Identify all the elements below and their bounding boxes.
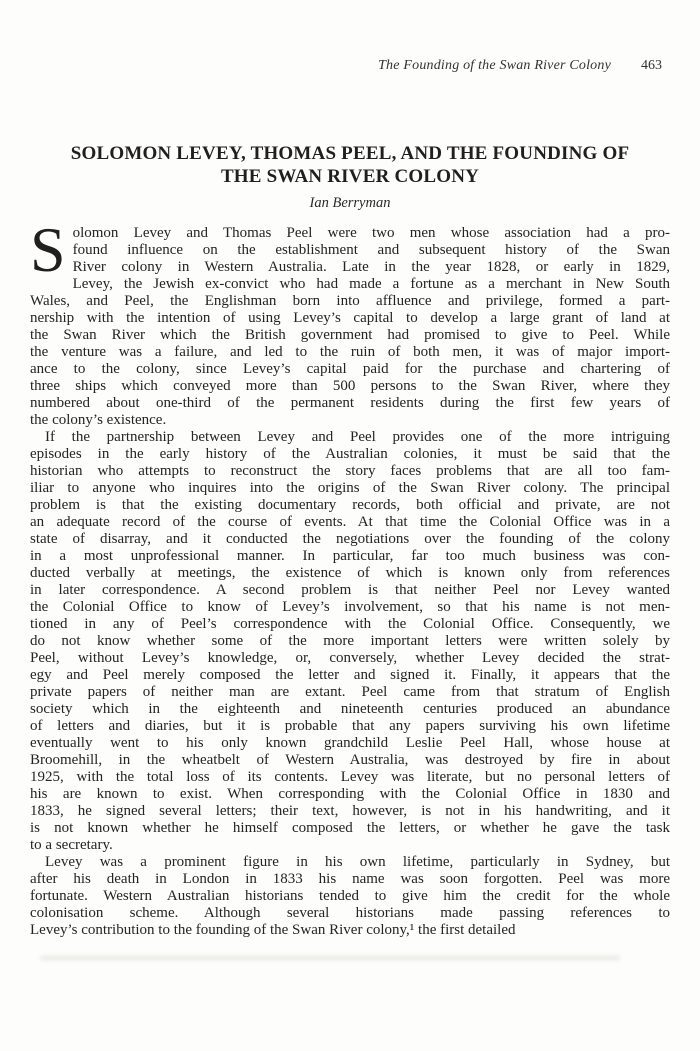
text-line: to a secretary. <box>30 837 670 854</box>
text-line: in later correspondence. A second proble… <box>30 582 670 599</box>
article-body: Solomon Levey and Thomas Peel were two m… <box>30 225 670 939</box>
text-line: fortunate. Western Australian historians… <box>30 888 670 905</box>
text-line: do not know whether some of the more imp… <box>30 633 670 650</box>
text-line: ance to the colony, since Levey’s capita… <box>30 361 670 378</box>
text-line: is not known whether he himself composed… <box>30 820 670 837</box>
text-line: ducted verbally at meetings, the existen… <box>30 565 670 582</box>
text-line: Levey, the Jewish ex-convict who had mad… <box>30 276 670 293</box>
paragraph: Solomon Levey and Thomas Peel were two m… <box>30 225 670 429</box>
text-line: 1925, with the total loss of its content… <box>30 769 670 786</box>
text-line: numbered about one-third of the permanen… <box>30 395 670 412</box>
text-line: episodes in the early history of the Aus… <box>30 446 670 463</box>
paragraph: If the partnership between Levey and Pee… <box>30 429 670 854</box>
page-number: 463 <box>641 58 662 74</box>
text-line: Peel, without Levey’s knowledge, or, con… <box>30 650 670 667</box>
paragraph: Levey was a prominent figure in his own … <box>30 854 670 939</box>
scan-artifact <box>40 956 620 960</box>
text-line: society which in the eighteenth and nine… <box>30 701 670 718</box>
text-line: private papers of neither man are extant… <box>30 684 670 701</box>
article-author: Ian Berryman <box>0 195 700 212</box>
article-title-line1: SOLOMON LEVEY, THOMAS PEEL, AND THE FOUN… <box>30 142 670 165</box>
text-line: of letters and diaries, but it is probab… <box>30 718 670 735</box>
text-line: three ships which conveyed more than 500… <box>30 378 670 395</box>
text-line: state of disarray, and it conducted the … <box>30 531 670 548</box>
text-line: found influence on the establishment and… <box>30 242 670 259</box>
text-line: the Swan River which the British governm… <box>30 327 670 344</box>
page: The Founding of the Swan River Colony 46… <box>0 0 700 1051</box>
text-line: nership with the intention of using Leve… <box>30 310 670 327</box>
article-title: SOLOMON LEVEY, THOMAS PEEL, AND THE FOUN… <box>30 142 670 188</box>
text-line: River colony in Western Australia. Late … <box>30 259 670 276</box>
text-line: in a most unprofessional manner. In part… <box>30 548 670 565</box>
running-title: The Founding of the Swan River Colony <box>378 58 611 74</box>
page-header: The Founding of the Swan River Colony 46… <box>30 58 662 74</box>
text-line: Levey was a prominent figure in his own … <box>30 854 670 871</box>
drop-cap: S <box>30 226 66 277</box>
text-line: Levey’s contribution to the founding of … <box>30 922 670 939</box>
text-line: the colony’s existence. <box>30 412 670 429</box>
article-title-line2: THE SWAN RIVER COLONY <box>30 165 670 188</box>
text-line: Wales, and Peel, the Englishman born int… <box>30 293 670 310</box>
text-line: historian who attempts to reconstruct th… <box>30 463 670 480</box>
text-line: egy and Peel merely composed the letter … <box>30 667 670 684</box>
text-line: after his death in London in 1833 his na… <box>30 871 670 888</box>
text-line: iliar to anyone who inquires into the or… <box>30 480 670 497</box>
text-line: his are known to exist. When correspondi… <box>30 786 670 803</box>
text-line: colonisation scheme. Although several hi… <box>30 905 670 922</box>
text-line: an adequate record of the course of even… <box>30 514 670 531</box>
text-line: the Colonial Office to know of Levey’s i… <box>30 599 670 616</box>
text-line: 1833, he signed several letters; their t… <box>30 803 670 820</box>
text-line: olomon Levey and Thomas Peel were two me… <box>30 225 670 242</box>
text-line: the venture was a failure, and led to th… <box>30 344 670 361</box>
text-line: Broomehill, in the wheatbelt of Western … <box>30 752 670 769</box>
text-line: problem is that the existing documentary… <box>30 497 670 514</box>
text-line: tioned in any of Peel’s correspondence w… <box>30 616 670 633</box>
text-line: eventually went to his only known grandc… <box>30 735 670 752</box>
text-line: If the partnership between Levey and Pee… <box>30 429 670 446</box>
